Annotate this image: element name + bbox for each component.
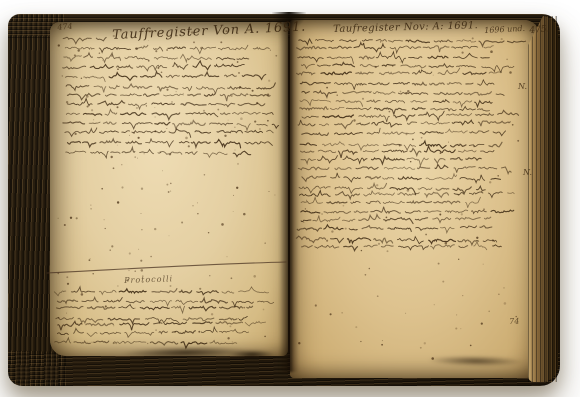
photo-of-open-manuscript-book: 474 Tauffregister Von A. 1691. Protocoll… bbox=[0, 0, 580, 397]
ink-smudge-left-bottom-small bbox=[228, 350, 276, 359]
spine-top-notch bbox=[272, 12, 306, 28]
gutter-shadow bbox=[279, 18, 299, 372]
left-page bbox=[50, 22, 288, 356]
right-page bbox=[290, 20, 540, 378]
smudge-right-bottom bbox=[428, 355, 524, 367]
page-stack-fore-edge bbox=[528, 16, 558, 382]
